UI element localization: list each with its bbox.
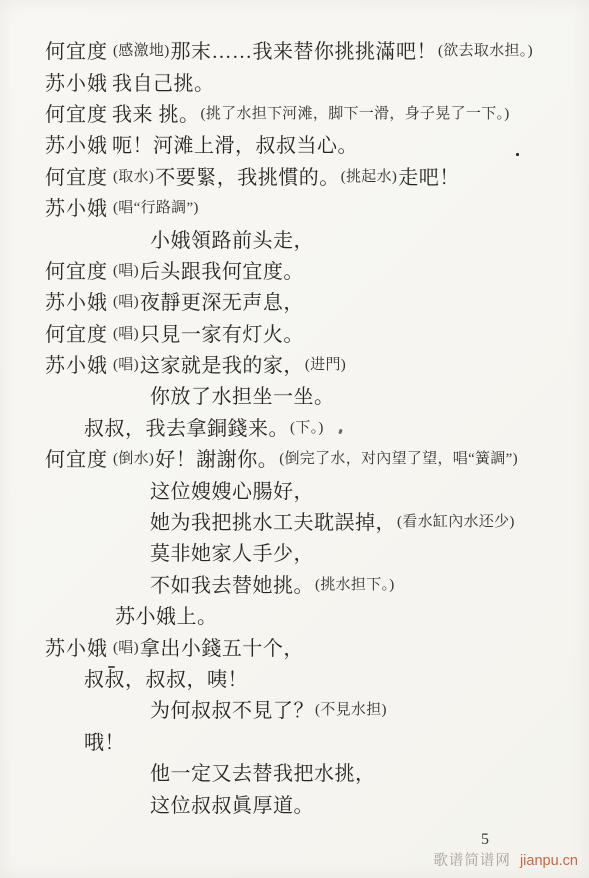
page-number: 5 [481, 831, 490, 849]
spoken-text: 叔叔，我去拿銅錢来。 [84, 412, 289, 441]
line-text: (取水)不要緊，我挑慣的。(挑起水)走吧！ [112, 161, 460, 190]
stage-direction: (唱) [112, 353, 140, 374]
speaker-name: 何宜度 [45, 443, 112, 472]
spoken-text: 好！謝謝你。 [155, 443, 278, 472]
stage-direction: (下。) [289, 416, 325, 437]
script-line: 你放了水担坐一坐。 [0, 379, 589, 410]
scan-speck [108, 666, 115, 668]
stage-direction: (欲去取水担。) [437, 39, 534, 60]
spoken-text: 你放了水担坐一坐。 [150, 380, 335, 409]
line-text: 小娥領路前头走， [150, 224, 314, 253]
stage-direction: (进門) [304, 353, 347, 374]
script-line: 他一定又去替我把水挑， [0, 756, 589, 787]
script-line: 苏小娥 (唱“行路調”) [0, 191, 589, 222]
line-text: 我自己挑。 [112, 67, 215, 96]
speaker-name: 苏小娥 [45, 192, 112, 221]
line-text: 哦！ [84, 726, 125, 755]
spoken-text: 她为我把挑水工夫耽誤掉， [150, 506, 396, 535]
stage-direction: (倒水) [112, 447, 155, 468]
line-text: 你放了水担坐一坐。 [150, 380, 335, 409]
speaker-name: 何宜度 [45, 161, 112, 190]
stage-direction: (看水缸內水还少) [396, 510, 516, 531]
stage-direction: (挑起水) [340, 165, 399, 186]
spoken-text: 这家就是我的家， [140, 349, 304, 378]
line-text: 这位叔叔眞厚道。 [150, 789, 314, 818]
script-line: 这位嫂嫂心腸好， [0, 473, 589, 504]
script-line: 哦！ [0, 725, 589, 756]
stage-direction: (唱) [112, 290, 140, 311]
script-line: 这位叔叔眞厚道。 [0, 787, 589, 818]
stage-direction: (不見水担) [314, 698, 388, 719]
script-line: 何宜度 (倒水)好！謝謝你。(倒完了水，对內望了望，唱“簧調”) [0, 442, 589, 473]
script-line: 为何叔叔不見了？(不見水担) [0, 693, 589, 724]
stage-direction: (唱) [112, 636, 140, 657]
scan-speck [516, 153, 519, 156]
watermark: 歌谱简谱网 jianpu.cn [433, 849, 578, 870]
script-line: 苏小娥 (唱) 夜靜更深无声息， [0, 285, 589, 316]
stage-direction: (挑水担下。) [314, 573, 396, 594]
script-line: 不如我去替她挑。(挑水担下。) [0, 568, 589, 599]
spoken-text: 苏小娥上。 [115, 600, 218, 629]
script-line: 何宜度 (感激地)那末……我来替你挑挑滿吧！(欲去取水担。) [0, 34, 589, 65]
speaker-name: 苏小娥 [45, 129, 112, 158]
spoken-text: 我自己挑。 [112, 67, 215, 96]
script-line: 叔叔，我去拿銅錢来。(下。) [0, 411, 589, 442]
script-line: 何宜度 (唱) 后头跟我何宜度。 [0, 254, 589, 285]
script-line: 小娥領路前头走， [0, 222, 589, 253]
line-text: (唱) 这家就是我的家，(进門) [112, 349, 347, 378]
stage-direction: (唱“行路調”) [112, 196, 200, 217]
line-text: 叔叔，我去拿銅錢来。(下。) [84, 412, 325, 441]
script-line: 何宜度 (取水)不要緊，我挑慣的。(挑起水)走吧！ [0, 160, 589, 191]
script-line: 何宜度 我来 挑。(挑了水担下河滩，脚下一滑，身子晃了一下。) [0, 97, 589, 128]
line-text: 为何叔叔不見了？(不見水担) [150, 694, 388, 723]
script-line: 何宜度 (唱) 只見一家有灯火。 [0, 317, 589, 348]
watermark-domain: jianpu.cn [520, 853, 578, 869]
script-line: 叔叔，叔叔，咦！ [0, 662, 589, 693]
line-text: 他一定又去替我把水挑， [150, 757, 376, 786]
spoken-text: 后头跟我何宜度。 [140, 255, 304, 284]
stage-direction: (感激地) [112, 39, 171, 60]
spoken-text: 不要緊，我挑慣的。 [155, 161, 340, 190]
spoken-text: 只見一家有灯火。 [140, 318, 304, 347]
stage-direction: (唱) [112, 259, 140, 280]
stage-direction: (挑了水担下河滩，脚下一滑，身子晃了一下。) [200, 102, 511, 123]
line-text: 这位嫂嫂心腸好， [150, 475, 314, 504]
script-line: 莫非她家人手少， [0, 536, 589, 567]
stage-direction: (唱) [112, 322, 140, 343]
spoken-text: 呃！河滩上滑，叔叔当心。 [112, 129, 358, 158]
spoken-text: 走吧！ [398, 161, 460, 190]
line-text: (唱) 拿出小錢五十个， [112, 632, 304, 661]
spoken-text: 我来 挑。 [112, 98, 200, 127]
stage-direction: (取水) [112, 165, 155, 186]
stage-direction: (倒完了水，对內望了望，唱“簧調”) [278, 447, 519, 468]
script-line: 苏小娥 呃！河滩上滑，叔叔当心。 [0, 128, 589, 159]
spoken-text: 这位叔叔眞厚道。 [150, 789, 314, 818]
script-line: 苏小娥 (唱) 拿出小錢五十个， [0, 630, 589, 661]
spoken-text: 夜靜更深无声息， [140, 286, 304, 315]
speaker-name: 苏小娥 [45, 632, 112, 661]
spoken-text: 为何叔叔不見了？ [150, 694, 314, 723]
line-text: 不如我去替她挑。(挑水担下。) [150, 569, 396, 598]
spoken-text: 拿出小錢五十个， [140, 632, 304, 661]
line-text: (唱“行路調”) [112, 196, 200, 217]
line-text: 她为我把挑水工夫耽誤掉，(看水缸內水还少) [150, 506, 516, 535]
line-text: (感激地)那末……我来替你挑挑滿吧！(欲去取水担。) [112, 35, 534, 64]
spoken-text: 这位嫂嫂心腸好， [150, 475, 314, 504]
spoken-text: 他一定又去替我把水挑， [150, 757, 376, 786]
line-text: (唱) 后头跟我何宜度。 [112, 255, 304, 284]
speaker-name: 何宜度 [45, 318, 112, 347]
speaker-name: 何宜度 [45, 98, 112, 127]
line-text: 莫非她家人手少， [150, 537, 314, 566]
speaker-name: 苏小娥 [45, 67, 112, 96]
watermark-site-name: 歌谱简谱网 [433, 853, 511, 869]
script-line: 她为我把挑水工夫耽誤掉，(看水缸內水还少) [0, 505, 589, 536]
spoken-text: 不如我去替她挑。 [150, 569, 314, 598]
line-text: 苏小娥上。 [115, 600, 218, 629]
spoken-text: 那末……我来替你挑挑滿吧！ [171, 35, 438, 64]
script-line: 苏小娥上。 [0, 599, 589, 630]
line-text: 我来 挑。(挑了水担下河滩，脚下一滑，身子晃了一下。) [112, 98, 511, 127]
line-text: 呃！河滩上滑，叔叔当心。 [112, 129, 358, 158]
spoken-text: 哦！ [84, 726, 125, 755]
script-body: 何宜度 (感激地)那末……我来替你挑挑滿吧！(欲去取水担。) 苏小娥 我自己挑。… [0, 34, 589, 819]
spoken-text: 莫非她家人手少， [150, 537, 314, 566]
speaker-name: 苏小娥 [45, 286, 112, 315]
line-text: (倒水)好！謝謝你。(倒完了水，对內望了望，唱“簧調”) [112, 443, 519, 472]
line-text: (唱) 夜靜更深无声息， [112, 286, 304, 315]
scanned-script-page: 何宜度 (感激地)那末……我来替你挑挑滿吧！(欲去取水担。) 苏小娥 我自己挑。… [0, 0, 589, 878]
speaker-name: 何宜度 [45, 35, 112, 64]
script-line: 苏小娥 (唱) 这家就是我的家，(进門) [0, 348, 589, 379]
speaker-name: 苏小娥 [45, 349, 112, 378]
line-text: (唱) 只見一家有灯火。 [112, 318, 304, 347]
spoken-text: 小娥領路前头走， [150, 224, 314, 253]
speaker-name: 何宜度 [45, 255, 112, 284]
script-line: 苏小娥 我自己挑。 [0, 65, 589, 96]
